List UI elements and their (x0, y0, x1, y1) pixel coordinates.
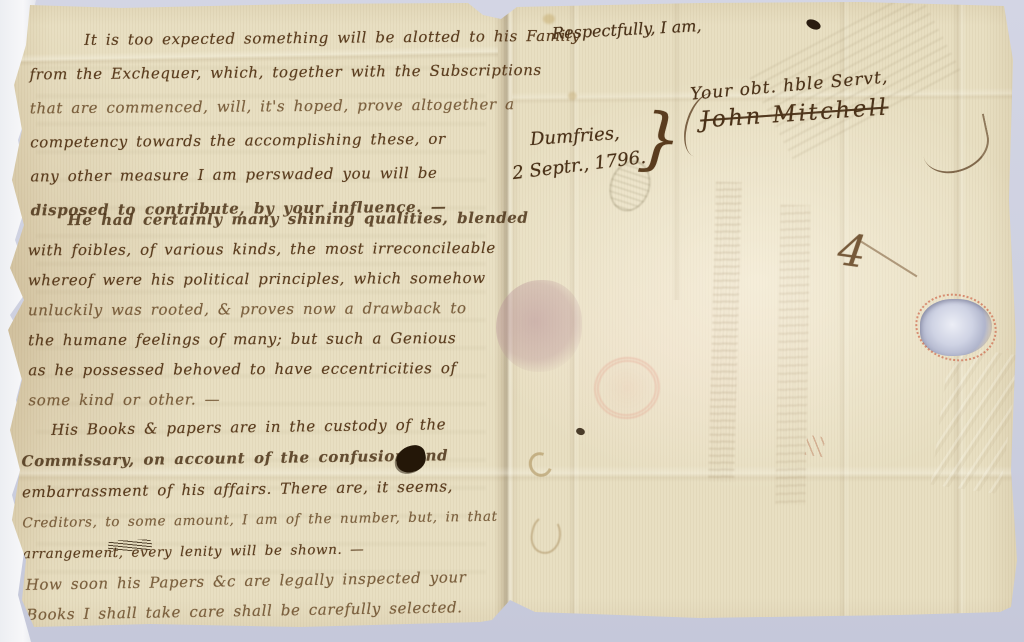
handwritten-line: Creditors, to some amount, I am of the n… (22, 502, 498, 540)
handwritten-line: from the Exchequer, which, together with… (29, 53, 580, 92)
handwritten-line: It is too expected something will be alo… (29, 19, 580, 58)
foxing-spot (543, 14, 555, 24)
foxing-spot (568, 92, 577, 100)
handwritten-line: competency towards the accomplishing the… (30, 121, 581, 160)
handwritten-line: the humane feelings of many; but such a … (28, 323, 529, 356)
wax-seal-stain (496, 280, 582, 372)
body-paragraph-4: How soon his Papers &c are legally inspe… (26, 562, 468, 630)
body-paragraph-3: His Books & papers are in the custody of… (21, 409, 498, 571)
body-paragraph-2: He had certainly many shining qualities,… (27, 203, 529, 416)
handwritten-line: any other measure I am perswaded you wil… (30, 155, 581, 194)
body-paragraph-1: It is too expected something will be alo… (29, 19, 582, 228)
letter-photograph: It is too expected something will be alo… (0, 0, 1024, 642)
seal-tear-hole (920, 299, 992, 356)
handwritten-line: unluckily was rooted, & proves now a dra… (28, 293, 529, 326)
handwritten-line: with foibles, of various kinds, the most… (28, 233, 529, 266)
handwritten-line: as he possessed behoved to have eccentri… (28, 353, 529, 386)
handwritten-line: He had certainly many shining qualities,… (27, 203, 528, 236)
letter-sheet: It is too expected something will be alo… (0, 0, 1024, 642)
handwritten-line: whereof were his political principles, w… (28, 263, 529, 296)
scribbled-deletion (108, 539, 152, 552)
show-through-writing (775, 205, 810, 505)
red-pen-marks (805, 435, 826, 457)
handwritten-line: that are commenced, will, it's hoped, pr… (30, 87, 581, 126)
